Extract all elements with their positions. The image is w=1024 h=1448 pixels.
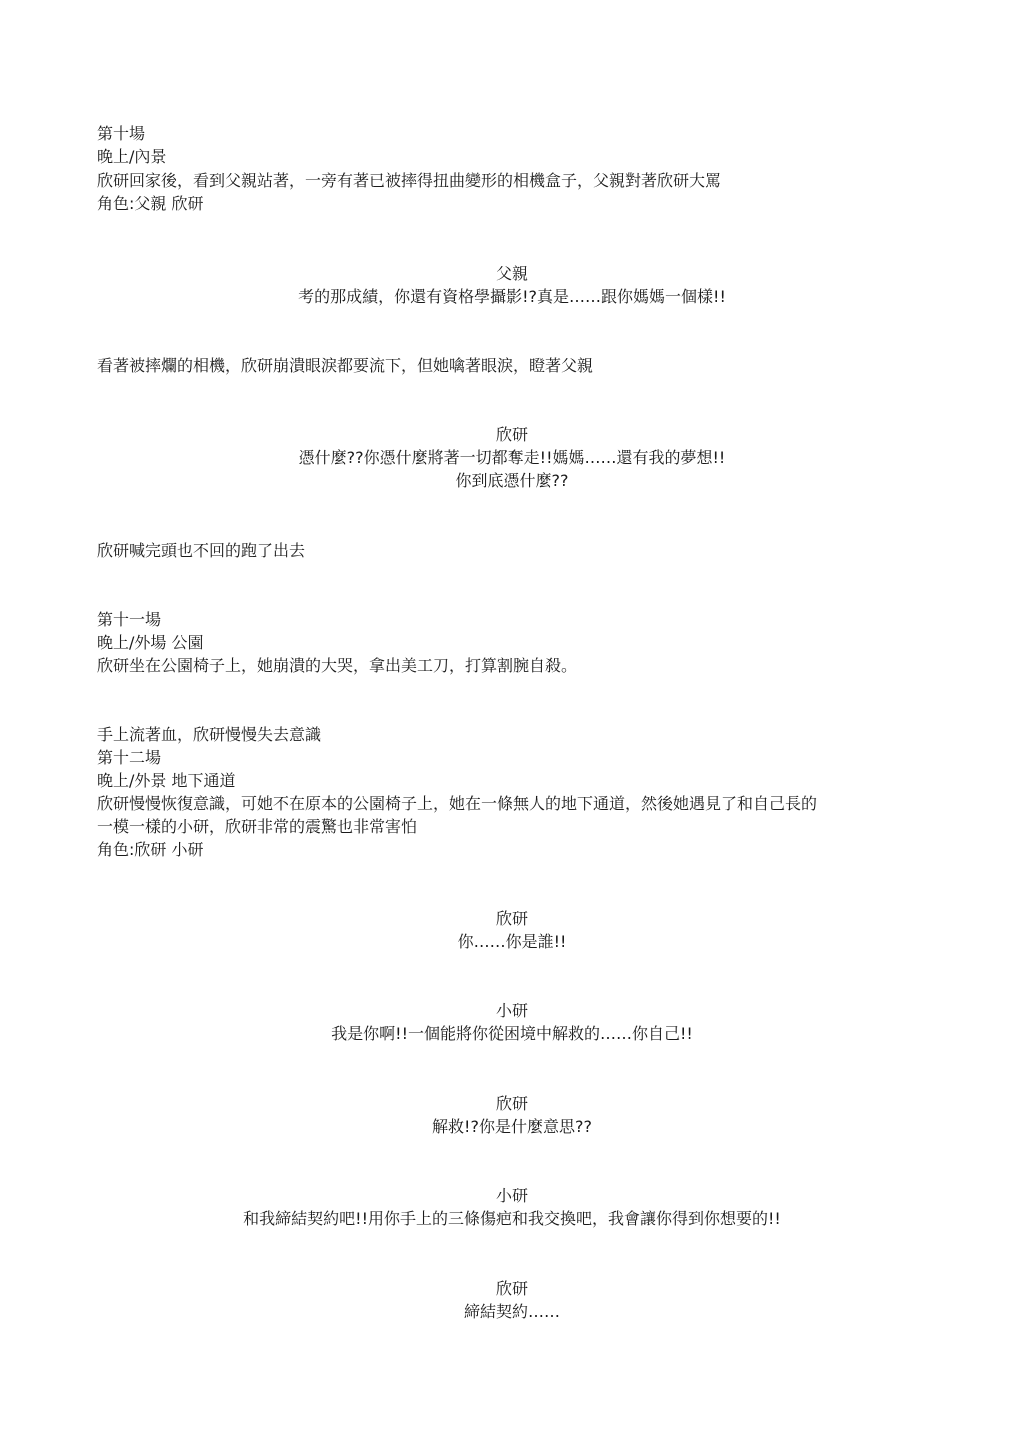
dialogue-speaker: 小研	[0, 1185, 1024, 1207]
dialogue-speaker: 欣研	[0, 1278, 1024, 1300]
dialogue-line: 你到底憑什麼??	[0, 470, 1024, 492]
dialogue-speaker: 欣研	[0, 1093, 1024, 1115]
scene-description: 欣研慢慢恢復意識，可她不在原本的公園椅子上，她在一條無人的地下通道，然後她遇見了…	[97, 793, 817, 815]
action-line: 看著被摔爛的相機，欣研崩潰眼淚都要流下，但她噙著眼淚，瞪著父親	[97, 355, 593, 377]
action-line: 欣研喊完頭也不回的跑了出去	[97, 540, 305, 562]
scene-description: 一模一樣的小研，欣研非常的震驚也非常害怕	[97, 816, 417, 838]
dialogue-speaker: 欣研	[0, 908, 1024, 930]
dialogue-speaker: 欣研	[0, 424, 1024, 446]
scene-heading: 第十場	[97, 123, 145, 145]
dialogue-line: 憑什麼??你憑什麼將著一切都奪走!!媽媽……還有我的夢想!!	[0, 447, 1024, 469]
dialogue-line: 考的那成績，你還有資格學攝影!?真是……跟你媽媽一個樣!!	[0, 286, 1024, 308]
scene-setting: 晚上/外場 公園	[97, 632, 203, 654]
scene-heading: 第十一場	[97, 609, 161, 631]
dialogue-line: 我是你啊!!一個能將你從困境中解救的……你自己!!	[0, 1023, 1024, 1045]
scene-setting: 晚上/內景	[97, 146, 166, 168]
dialogue-speaker: 小研	[0, 1000, 1024, 1022]
scene-roles: 角色:父親 欣研	[97, 193, 203, 215]
scene-setting: 晚上/外景 地下通道	[97, 770, 235, 792]
dialogue-speaker: 父親	[0, 263, 1024, 285]
action-line: 手上流著血，欣研慢慢失去意識	[97, 724, 321, 746]
dialogue-line: 你……你是誰!!	[0, 931, 1024, 953]
dialogue-line: 解救!?你是什麼意思??	[0, 1116, 1024, 1138]
scene-heading: 第十二場	[97, 747, 161, 769]
scene-description: 欣研坐在公園椅子上，她崩潰的大哭，拿出美工刀，打算割腕自殺。	[97, 655, 577, 677]
dialogue-line: 和我締結契約吧!!用你手上的三條傷疤和我交換吧，我會讓你得到你想要的!!	[0, 1208, 1024, 1230]
dialogue-line: 締結契約……	[0, 1301, 1024, 1323]
scene-roles: 角色:欣研 小研	[97, 839, 203, 861]
scene-description: 欣研回家後，看到父親站著，一旁有著已被摔得扭曲變形的相機盒子，父親對著欣研大罵	[97, 170, 721, 192]
